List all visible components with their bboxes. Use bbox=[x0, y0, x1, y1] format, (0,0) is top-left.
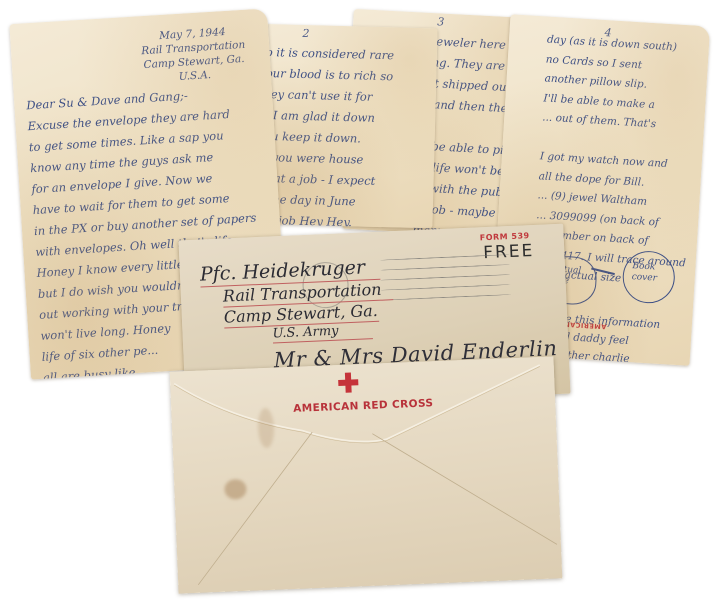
circle-label: Book cover bbox=[631, 261, 657, 284]
letter-date-header: May 7, 1944 Rail Transportation Camp Ste… bbox=[140, 24, 247, 86]
return-address: Pfc. Heidekruger Rail Transportation Cam… bbox=[200, 256, 383, 347]
postal-cancellation-lines bbox=[379, 250, 511, 306]
red-cross-icon bbox=[338, 372, 359, 393]
page-number: 2 bbox=[302, 27, 309, 40]
page-number: 3 bbox=[437, 15, 445, 28]
red-cross-envelope: AMERICAN RED CROSS bbox=[170, 356, 563, 593]
return-address-line: U.S. Army bbox=[272, 322, 373, 343]
photo-scene: 3 a jeweler here long. They are always g… bbox=[0, 0, 727, 602]
envelope-flap-lines bbox=[170, 356, 563, 593]
